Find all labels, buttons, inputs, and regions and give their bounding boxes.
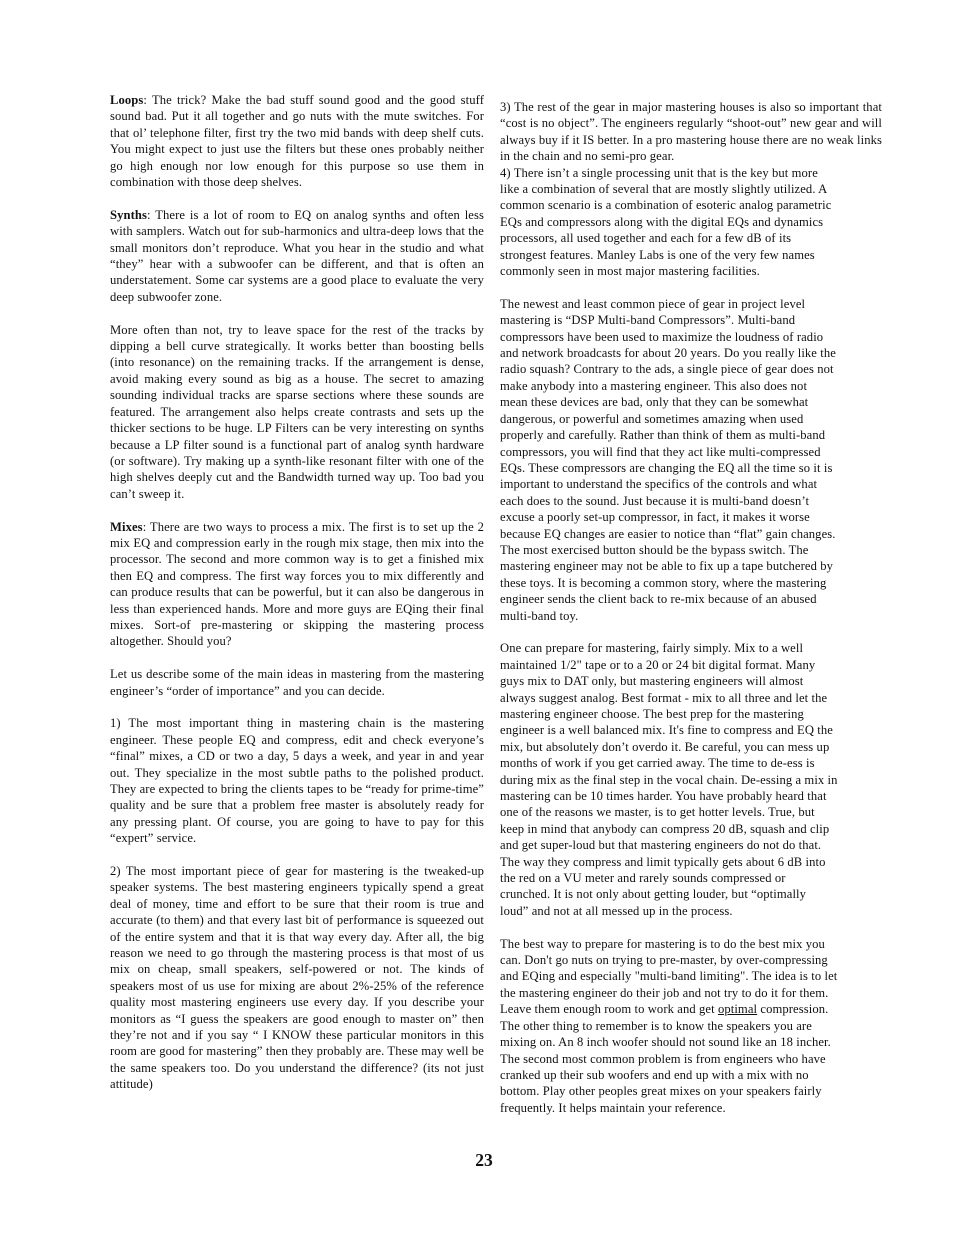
paragraph-prepare-mastering: One can prepare for mastering, fairly si… — [500, 640, 882, 919]
document-page: Loops: The trick? Make the bad stuff sou… — [0, 0, 954, 1235]
paragraph-text-post: compression. The other thing to remember… — [500, 1002, 831, 1114]
paragraph-text: One can prepare for mastering, fairly si… — [500, 641, 838, 918]
paragraph-lead-synths: Synths — [110, 208, 147, 222]
paragraph-synths: Synths: There is a lot of room to EQ on … — [110, 207, 484, 305]
text-columns: Loops: The trick? Make the bad stuff sou… — [110, 92, 882, 1116]
paragraph-text: 4) There isn’t a single processing unit … — [500, 166, 831, 278]
paragraph-text: 2) The most important piece of gear for … — [110, 864, 484, 1091]
page-number: 23 — [0, 1150, 954, 1171]
paragraph-mixes: Mixes: There are two ways to process a m… — [110, 519, 484, 650]
paragraph-best-way: The best way to prepare for mastering is… — [500, 936, 882, 1116]
paragraph-text: Let us describe some of the main ideas i… — [110, 667, 484, 697]
paragraph-text: : There are two ways to process a mix. T… — [110, 520, 484, 649]
paragraph-loops: Loops: The trick? Make the bad stuff sou… — [110, 92, 484, 190]
paragraph-text: 1) The most important thing in mastering… — [110, 716, 484, 845]
paragraph-text: : There is a lot of room to EQ on analog… — [110, 208, 484, 304]
paragraph-text: The newest and least common piece of gea… — [500, 297, 836, 623]
paragraph-newest-gear: The newest and least common piece of gea… — [500, 296, 882, 624]
paragraph-point-3: 3) The rest of the gear in major masteri… — [500, 99, 882, 165]
paragraph-more-often: More often than not, try to leave space … — [110, 322, 484, 502]
paragraph-text: More often than not, try to leave space … — [110, 323, 484, 501]
paragraph-let-us-describe: Let us describe some of the main ideas i… — [110, 666, 484, 699]
paragraph-text: : The trick? Make the bad stuff sound go… — [110, 93, 484, 189]
paragraph-lead-mixes: Mixes — [110, 520, 143, 534]
right-column: 3) The rest of the gear in major masteri… — [500, 92, 882, 1116]
left-column: Loops: The trick? Make the bad stuff sou… — [110, 92, 484, 1093]
paragraph-point-4: 4) There isn’t a single processing unit … — [500, 165, 882, 280]
paragraph-lead-loops: Loops — [110, 93, 143, 107]
paragraph-point-2: 2) The most important piece of gear for … — [110, 863, 484, 1093]
paragraph-text: 3) The rest of the gear in major masteri… — [500, 100, 882, 163]
underlined-word-optimal: optimal — [718, 1002, 757, 1016]
paragraph-point-1: 1) The most important thing in mastering… — [110, 715, 484, 846]
